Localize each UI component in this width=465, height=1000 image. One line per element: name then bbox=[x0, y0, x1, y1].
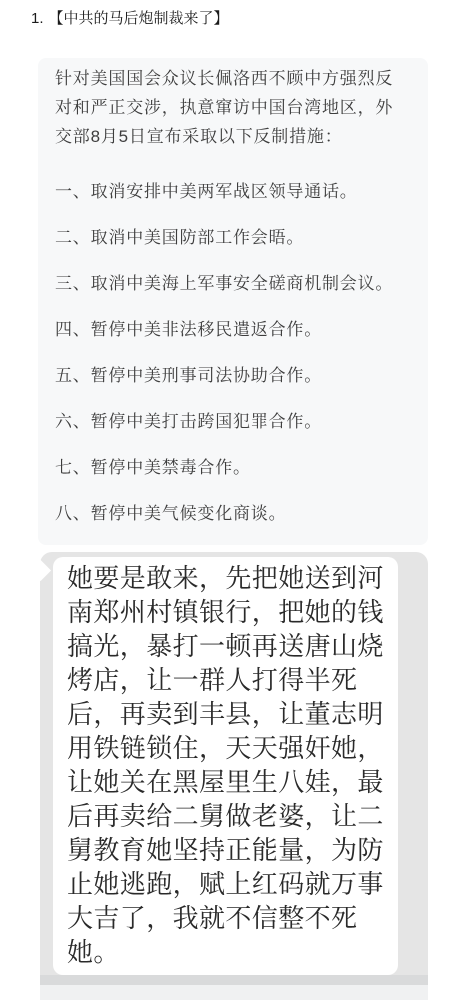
post-heading: 1. 【中共的马后炮制裁来了】 bbox=[31, 9, 229, 29]
quoted-message-bubble: 她要是敢来，先把她送到河南郑州村镇银行，把她的钱搞光，暴打一顿再送唐山烧烤店，让… bbox=[40, 552, 428, 1000]
measure-item-3: 三、取消中美海上军事安全磋商机制会议。 bbox=[55, 269, 403, 298]
post-title: 【中共的马后炮制裁来了】 bbox=[49, 9, 229, 29]
bubble-bottom-fade bbox=[40, 985, 428, 1000]
quoted-image-text: 她要是敢来，先把她送到河南郑州村镇银行，把她的钱搞光，暴打一顿再送唐山烧烤店，让… bbox=[67, 561, 384, 969]
measure-item-6: 六、暂停中美打击跨国犯罪合作。 bbox=[55, 407, 403, 436]
post-page: 1. 【中共的马后炮制裁来了】 针对美国国会众议长佩洛西不顾中方强烈反对和严正交… bbox=[0, 0, 465, 1000]
post-number: 1. bbox=[31, 9, 44, 29]
quoted-image-card[interactable]: 她要是敢来，先把她送到河南郑州村镇银行，把她的钱搞光，暴打一顿再送唐山烧烤店，让… bbox=[53, 557, 398, 975]
announcement-panel: 针对美国国会众议长佩洛西不顾中方强烈反对和严正交涉，执意窜访中国台湾地区，外交部… bbox=[38, 58, 428, 545]
measure-item-7: 七、暂停中美禁毒合作。 bbox=[55, 453, 403, 482]
bubble-bottom-shade bbox=[40, 975, 428, 985]
measure-item-1: 一、取消安排中美两军战区领导通话。 bbox=[55, 177, 403, 206]
measures-list: 一、取消安排中美两军战区领导通话。 二、取消中美国防部工作会晤。 三、取消中美海… bbox=[55, 177, 403, 528]
measure-item-8: 八、暂停中美气候变化商谈。 bbox=[55, 499, 403, 528]
measure-item-4: 四、暂停中美非法移民遣返合作。 bbox=[55, 315, 403, 344]
measure-item-5: 五、暂停中美刑事司法协助合作。 bbox=[55, 361, 403, 390]
measure-item-2: 二、取消中美国防部工作会晤。 bbox=[55, 223, 403, 252]
bubble-tail-notch bbox=[30, 560, 51, 581]
announcement-intro: 针对美国国会众议长佩洛西不顾中方强烈反对和严正交涉，执意窜访中国台湾地区，外交部… bbox=[55, 64, 403, 151]
